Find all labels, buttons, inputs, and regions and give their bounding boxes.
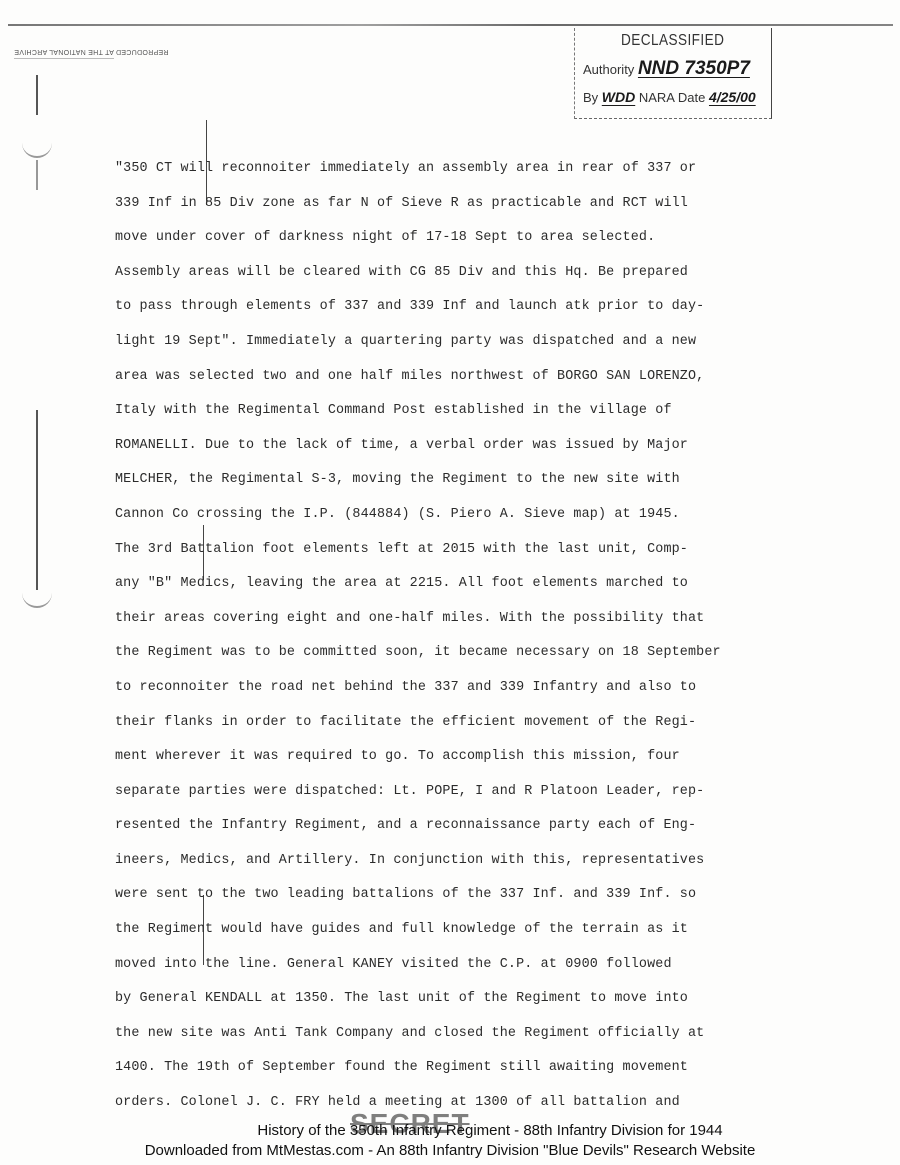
footer-title: History of the 350th Infantry Regiment -… [40,1122,900,1139]
declassified-title: DECLASSIFIED [621,32,724,50]
archive-stamp: REPRODUCED AT THE NATIONAL ARCHIVE [14,48,169,55]
binder-hole [22,140,52,158]
text-line: were sent to the two leading battalions … [115,878,765,913]
declassified-stamp: DECLASSIFIED Authority NND 7350P7 By WDD… [574,28,772,119]
nara-date-value: 4/25/00 [709,89,756,105]
text-line: light 19 Sept". Immediately a quartering… [115,325,765,360]
document-page: REPRODUCED AT THE NATIONAL ARCHIVE DECLA… [0,0,900,1165]
text-line: the Regiment was to be committed soon, i… [115,636,765,671]
text-line: ineers, Medics, and Artillery. In conjun… [115,844,765,879]
text-line: Assembly areas will be cleared with CG 8… [115,256,765,291]
nara-date-label: NARA Date [639,90,705,105]
text-line: Cannon Co crossing the I.P. (844884) (S.… [115,498,765,533]
text-line: area was selected two and one half miles… [115,360,765,395]
text-line: MELCHER, the Regimental S-3, moving the … [115,463,765,498]
by-label: By [583,90,598,105]
text-line: The 3rd Battalion foot elements left at … [115,533,765,568]
footer-source: Downloaded from MtMestas.com - An 88th I… [0,1142,900,1159]
text-line: "350 CT will reconnoiter immediately an … [115,152,765,187]
by-value: WDD [602,89,635,105]
margin-line [36,160,38,190]
margin-line [36,410,38,590]
by-date-row: By WDD NARA Date 4/25/00 [583,89,756,105]
text-line: to pass through elements of 337 and 339 … [115,290,765,325]
scan-edge-rule [8,24,893,26]
archive-stamp-rule [14,58,114,59]
text-line: move under cover of darkness night of 17… [115,221,765,256]
text-line: 339 Inf in 85 Div zone as far N of Sieve… [115,187,765,222]
text-line: their flanks in order to facilitate the … [115,706,765,741]
text-line: Italy with the Regimental Command Post e… [115,394,765,429]
text-line: separate parties were dispatched: Lt. PO… [115,775,765,810]
text-line: the new site was Anti Tank Company and c… [115,1017,765,1052]
text-line: to reconnoiter the road net behind the 3… [115,671,765,706]
text-line: the Regiment would have guides and full … [115,913,765,948]
margin-line [36,75,38,115]
authority-label: Authority [583,62,634,77]
text-line: their areas covering eight and one-half … [115,602,765,637]
authority-value: NND 7350P7 [638,58,750,79]
authority-row: Authority NND 7350P7 [583,58,750,80]
text-line: ment wherever it was required to go. To … [115,740,765,775]
text-line: ROMANELLI. Due to the lack of time, a ve… [115,429,765,464]
text-line: by General KENDALL at 1350. The last uni… [115,982,765,1017]
text-line: 1400. The 19th of September found the Re… [115,1051,765,1086]
text-line: any "B" Medics, leaving the area at 2215… [115,567,765,602]
document-body: "350 CT will reconnoiter immediately an … [115,152,765,1121]
text-line: resented the Infantry Regiment, and a re… [115,809,765,844]
binder-hole [22,590,52,608]
text-line: moved into the line. General KANEY visit… [115,948,765,983]
